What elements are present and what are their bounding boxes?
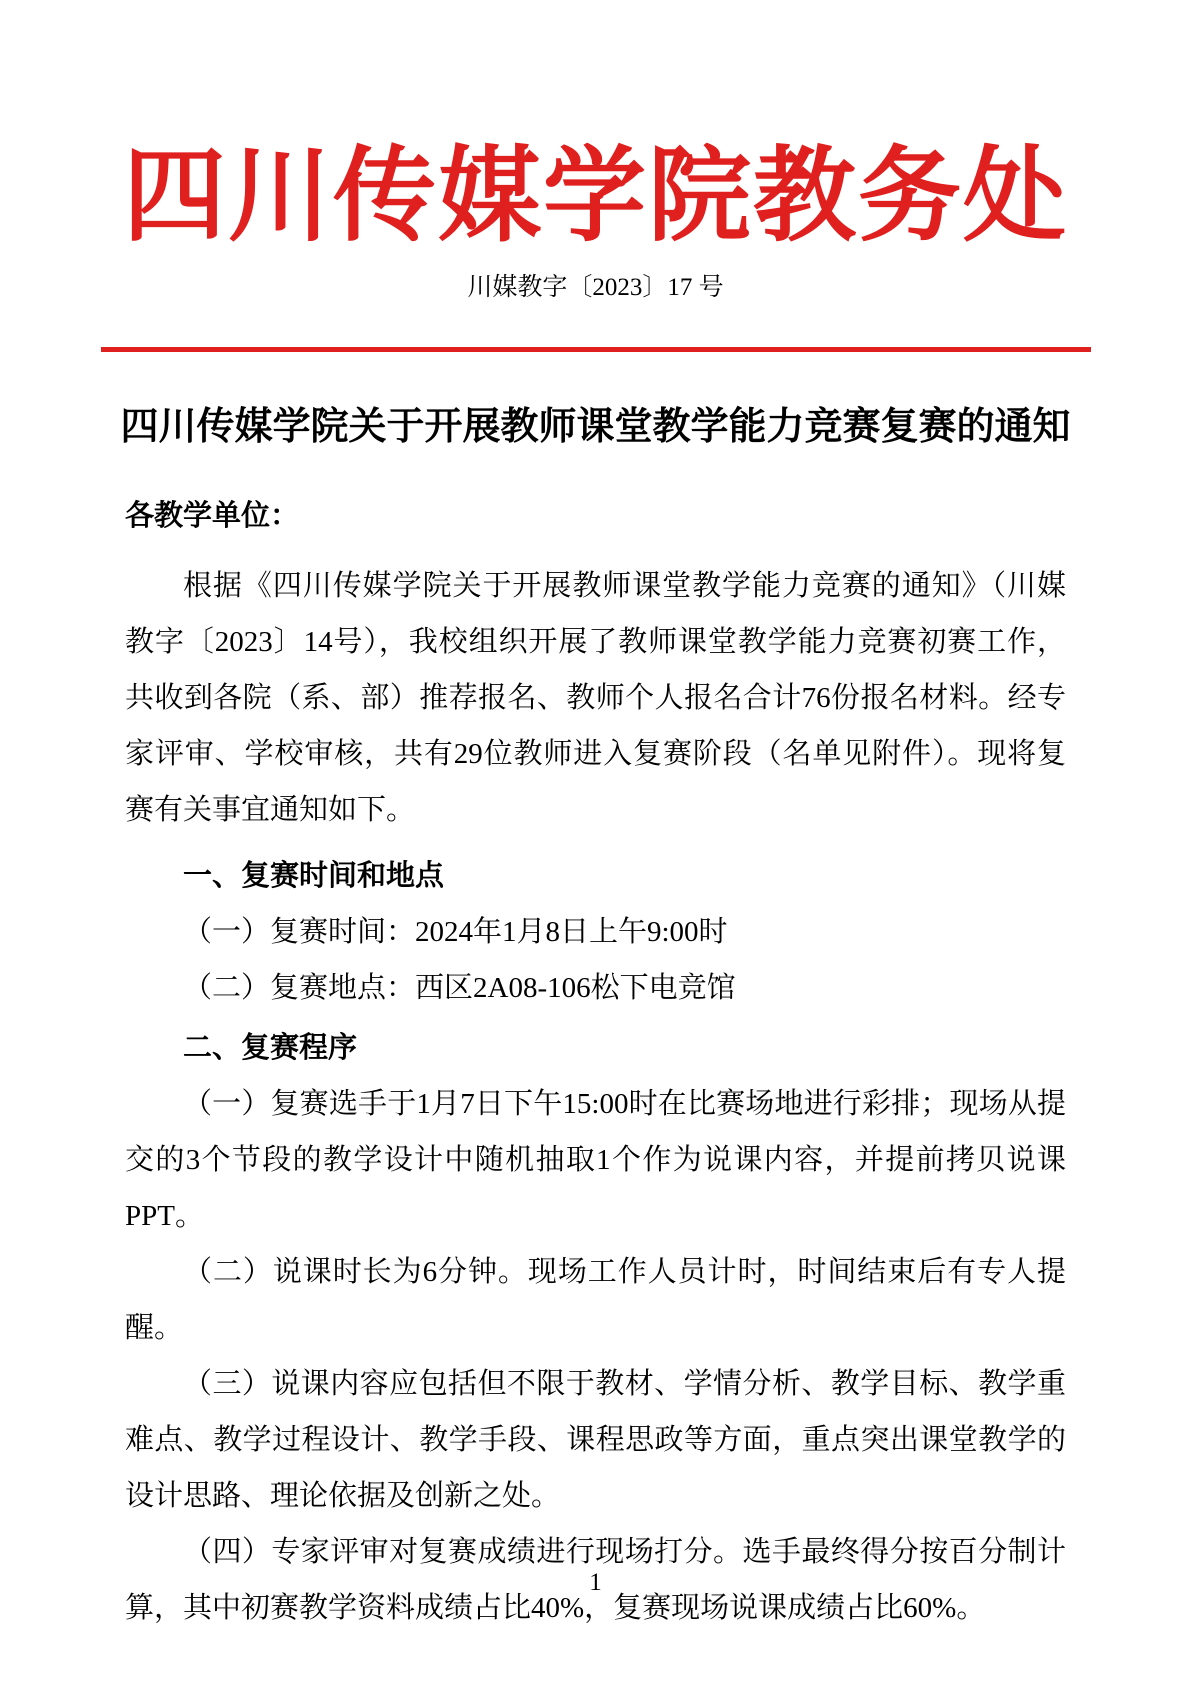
page-number: 1 <box>0 1568 1191 1598</box>
procedure-item-2: （二）说课时长为6分钟。现场工作人员计时，时间结束后有专人提醒。 <box>125 1244 1066 1356</box>
document-page: 四川传媒学院教务处 川媒教字〔2023〕17 号 四川传媒学院关于开展教师课堂教… <box>0 0 1191 1684</box>
doc-number: 川媒教字〔2023〕17 号 <box>0 272 1191 304</box>
masthead-title: 四川传媒学院教务处 <box>0 140 1191 252</box>
document-body: 各教学单位： 根据《四川传媒学院关于开展教师课堂教学能力竞赛的通知》（川媒教字〔… <box>125 488 1066 1636</box>
rematch-time-item: （一）复赛时间：2024年1月8日上午9:00时 <box>125 904 1066 960</box>
rematch-location-item: （二）复赛地点：西区2A08-106松下电竞馆 <box>125 960 1066 1016</box>
intro-paragraph: 根据《四川传媒学院关于开展教师课堂教学能力竞赛的通知》（川媒教字〔2023〕14… <box>125 558 1066 838</box>
procedure-item-1: （一）复赛选手于1月7日下午15:00时在比赛场地进行彩排；现场从提交的3个节段… <box>125 1076 1066 1244</box>
section-heading-2: 二、复赛程序 <box>125 1020 1066 1076</box>
salutation: 各教学单位： <box>125 488 1066 544</box>
document-header: 四川传媒学院教务处 川媒教字〔2023〕17 号 <box>0 140 1191 352</box>
red-divider-line <box>101 347 1091 352</box>
procedure-item-3: （三）说课内容应包括但不限于教材、学情分析、教学目标、教学重难点、教学过程设计、… <box>125 1356 1066 1524</box>
notice-title: 四川传媒学院关于开展教师课堂教学能力竞赛复赛的通知 <box>73 404 1118 450</box>
section-heading-1: 一、复赛时间和地点 <box>125 848 1066 904</box>
